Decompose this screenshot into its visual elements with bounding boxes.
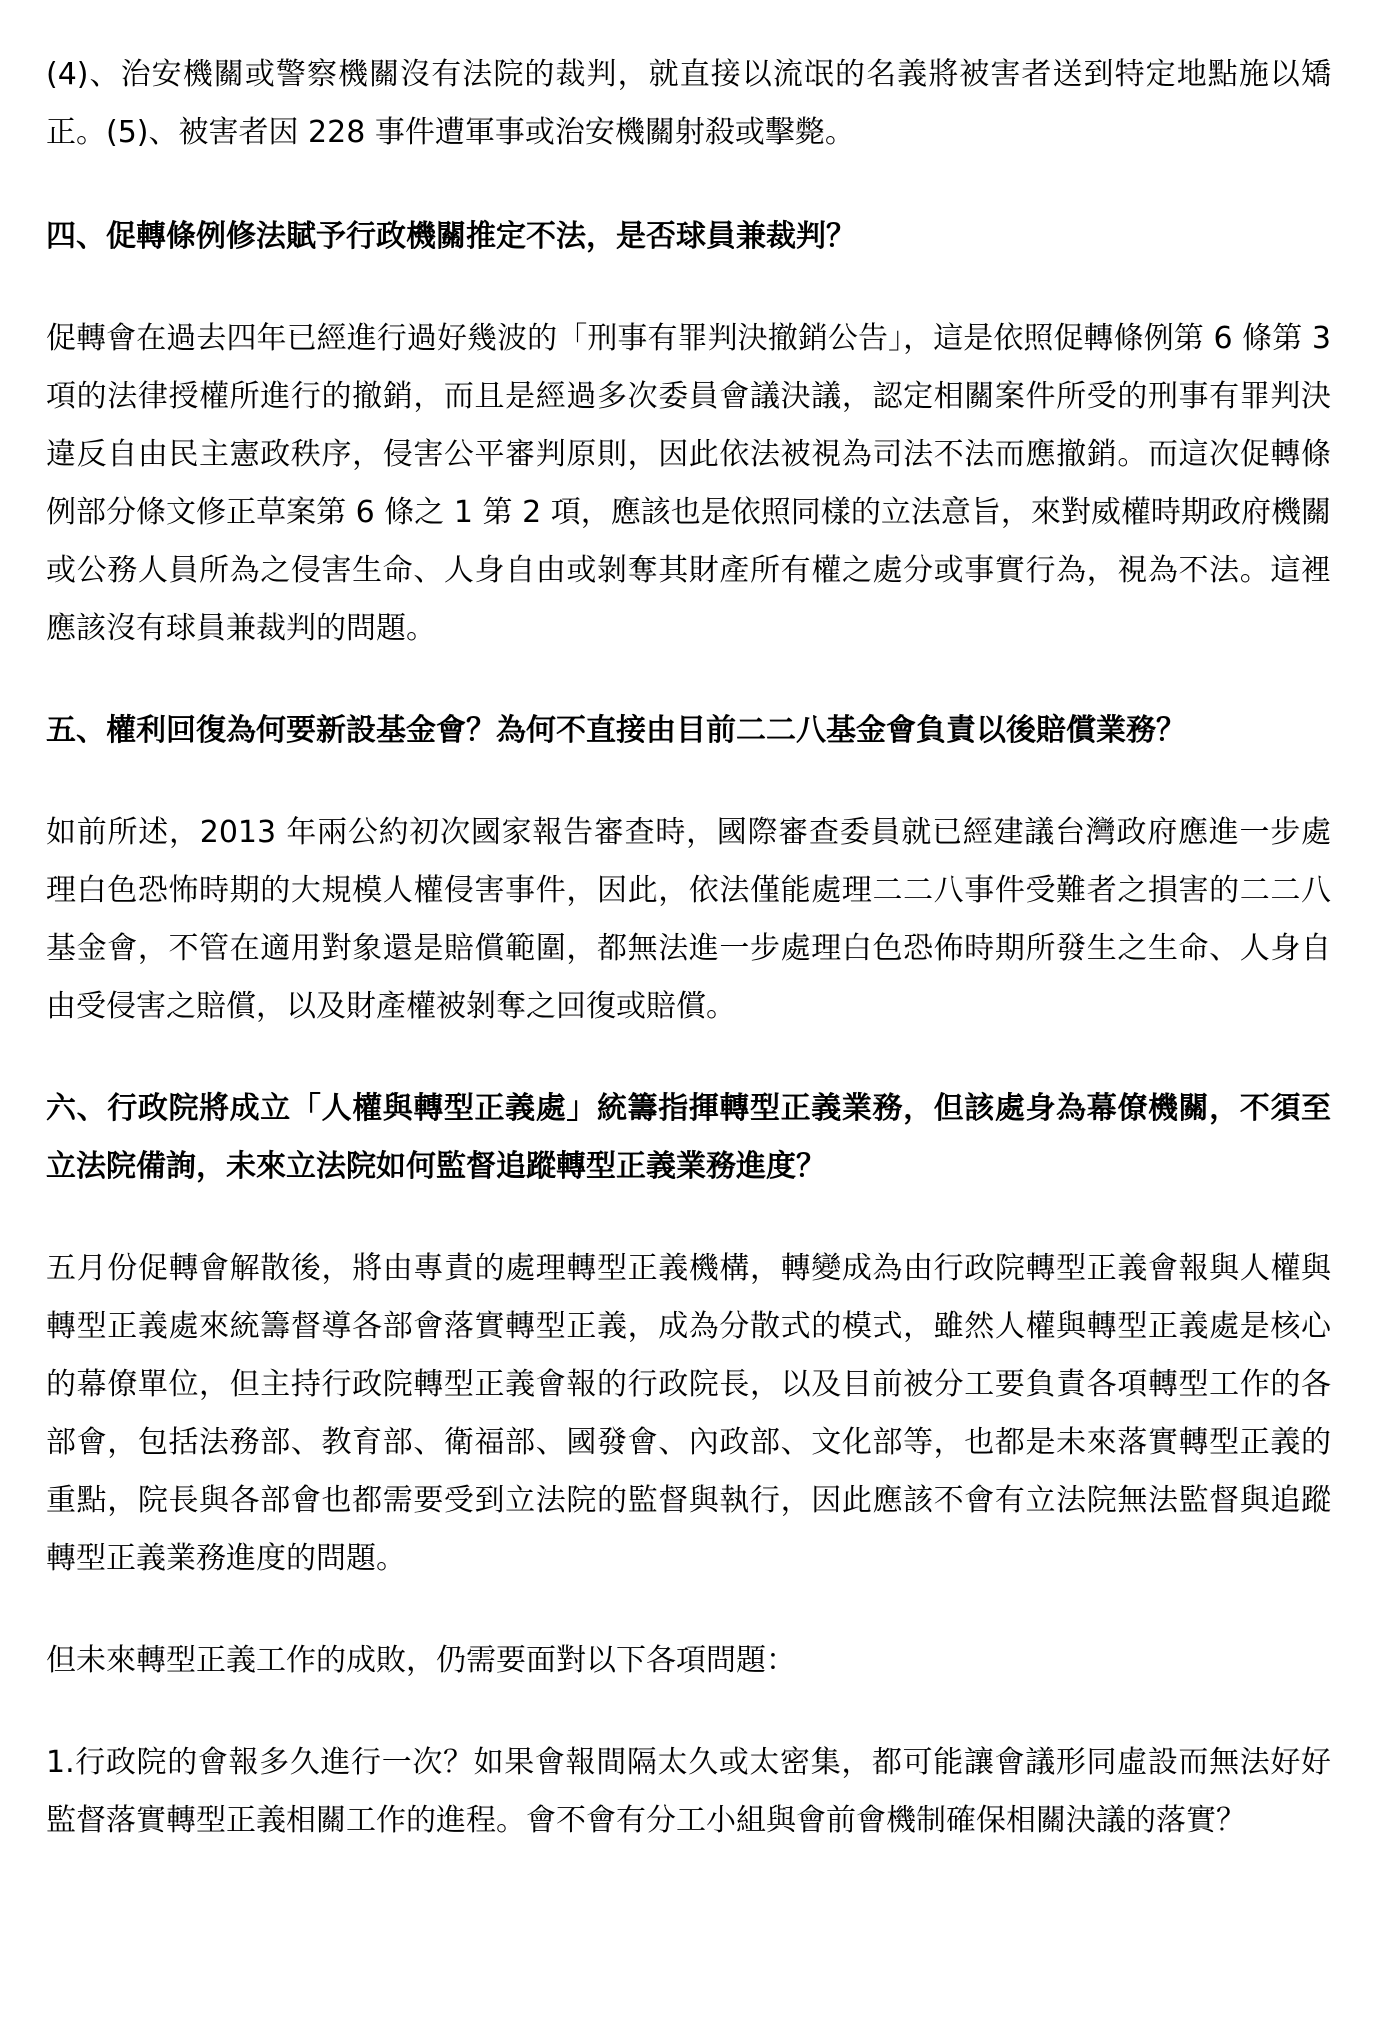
heading-section-6: 六、行政院將成立「人權與轉型正義處」統籌指揮轉型正義業務，但該處身為幕僚機關，不… bbox=[46, 1080, 1331, 1196]
heading-section-5: 五、權利回復為何要新設基金會？為何不直接由目前二二八基金會負責以後賠償業務？ bbox=[46, 702, 1331, 760]
document-page: (4)、治安機關或警察機關沒有法院的裁判，就直接以流氓的名義將被害者送到特定地點… bbox=[0, 0, 1378, 2035]
paragraph-future-issues-intro: 但未來轉型正義工作的成敗，仍需要面對以下各項問題： bbox=[46, 1632, 1331, 1690]
paragraph-items-4-5: (4)、治安機關或警察機關沒有法院的裁判，就直接以流氓的名義將被害者送到特定地點… bbox=[46, 46, 1331, 162]
paragraph-section-4-answer: 促轉會在過去四年已經進行過好幾波的「刑事有罪判決撤銷公告」，這是依照促轉條例第 … bbox=[46, 310, 1331, 658]
paragraph-section-6-answer: 五月份促轉會解散後，將由專責的處理轉型正義機構，轉變成為由行政院轉型正義會報與人… bbox=[46, 1240, 1331, 1588]
heading-section-4: 四、促轉條例修法賦予行政機關推定不法，是否球員兼裁判？ bbox=[46, 208, 1331, 266]
paragraph-section-5-answer: 如前所述，2013 年兩公約初次國家報告審查時，國際審查委員就已經建議台灣政府應… bbox=[46, 804, 1331, 1036]
paragraph-issue-1: 1.行政院的會報多久進行一次？如果會報間隔太久或太密集，都可能讓會議形同虛設而無… bbox=[46, 1734, 1331, 1850]
